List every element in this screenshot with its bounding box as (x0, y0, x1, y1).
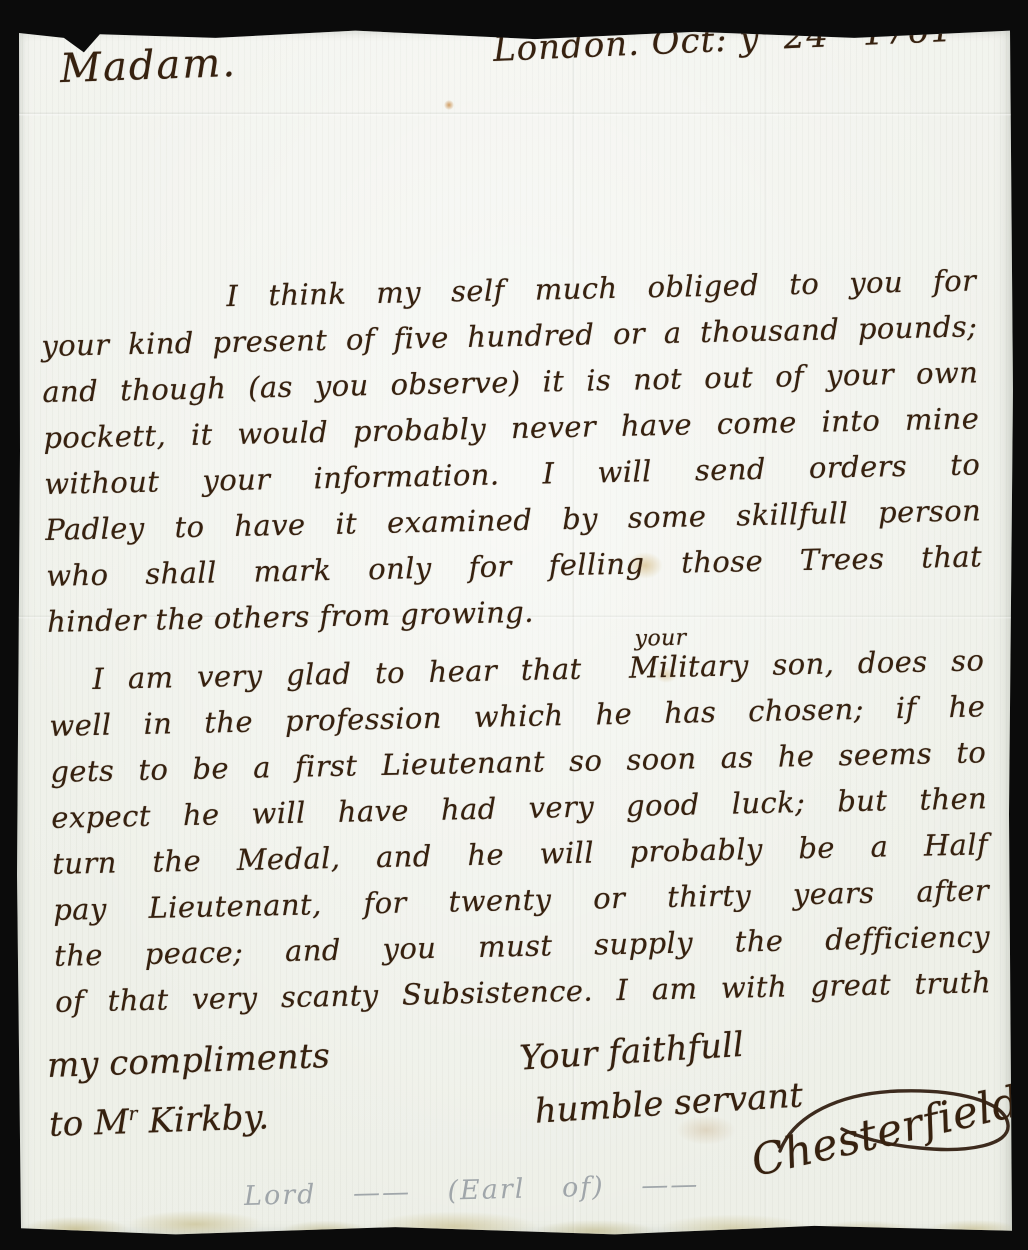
interlinear-insertion: your (590, 628, 686, 652)
dateline-day: 24 (771, 27, 830, 58)
signature-block: Chesterfield (756, 1085, 1014, 1238)
dateline-year: 1761 (850, 27, 954, 54)
postscript-line2-suffix: Kirkby. (137, 1097, 270, 1142)
dateline: London. Oct: ye 24th 1761 (492, 27, 954, 70)
postscript-line2: to Mr Kirkby. (48, 1082, 333, 1151)
letter-paper: Madam. London. Oct: ye 24th 1761 I think… (16, 27, 1014, 1238)
letter-scan: Madam. London. Oct: ye 24th 1761 I think… (0, 0, 1028, 1250)
postscript: my compliments to Mr Kirkby. (46, 1030, 333, 1151)
dateline-superscript-e: e (759, 27, 772, 39)
postscript-line2-prefix: to M (48, 1102, 129, 1145)
horizontal-fold-crease (16, 112, 1014, 116)
line-text-before: I am very glad to hear that (92, 651, 606, 696)
postscript-line1: my compliments (46, 1030, 331, 1092)
foxing-stain (444, 100, 454, 110)
dateline-place: London. Oct: y (492, 27, 760, 70)
dateline-superscript-th: th (828, 27, 851, 36)
letter-body: I think my self much obliged to you for … (40, 257, 991, 1024)
salutation: Madam. (59, 40, 237, 92)
